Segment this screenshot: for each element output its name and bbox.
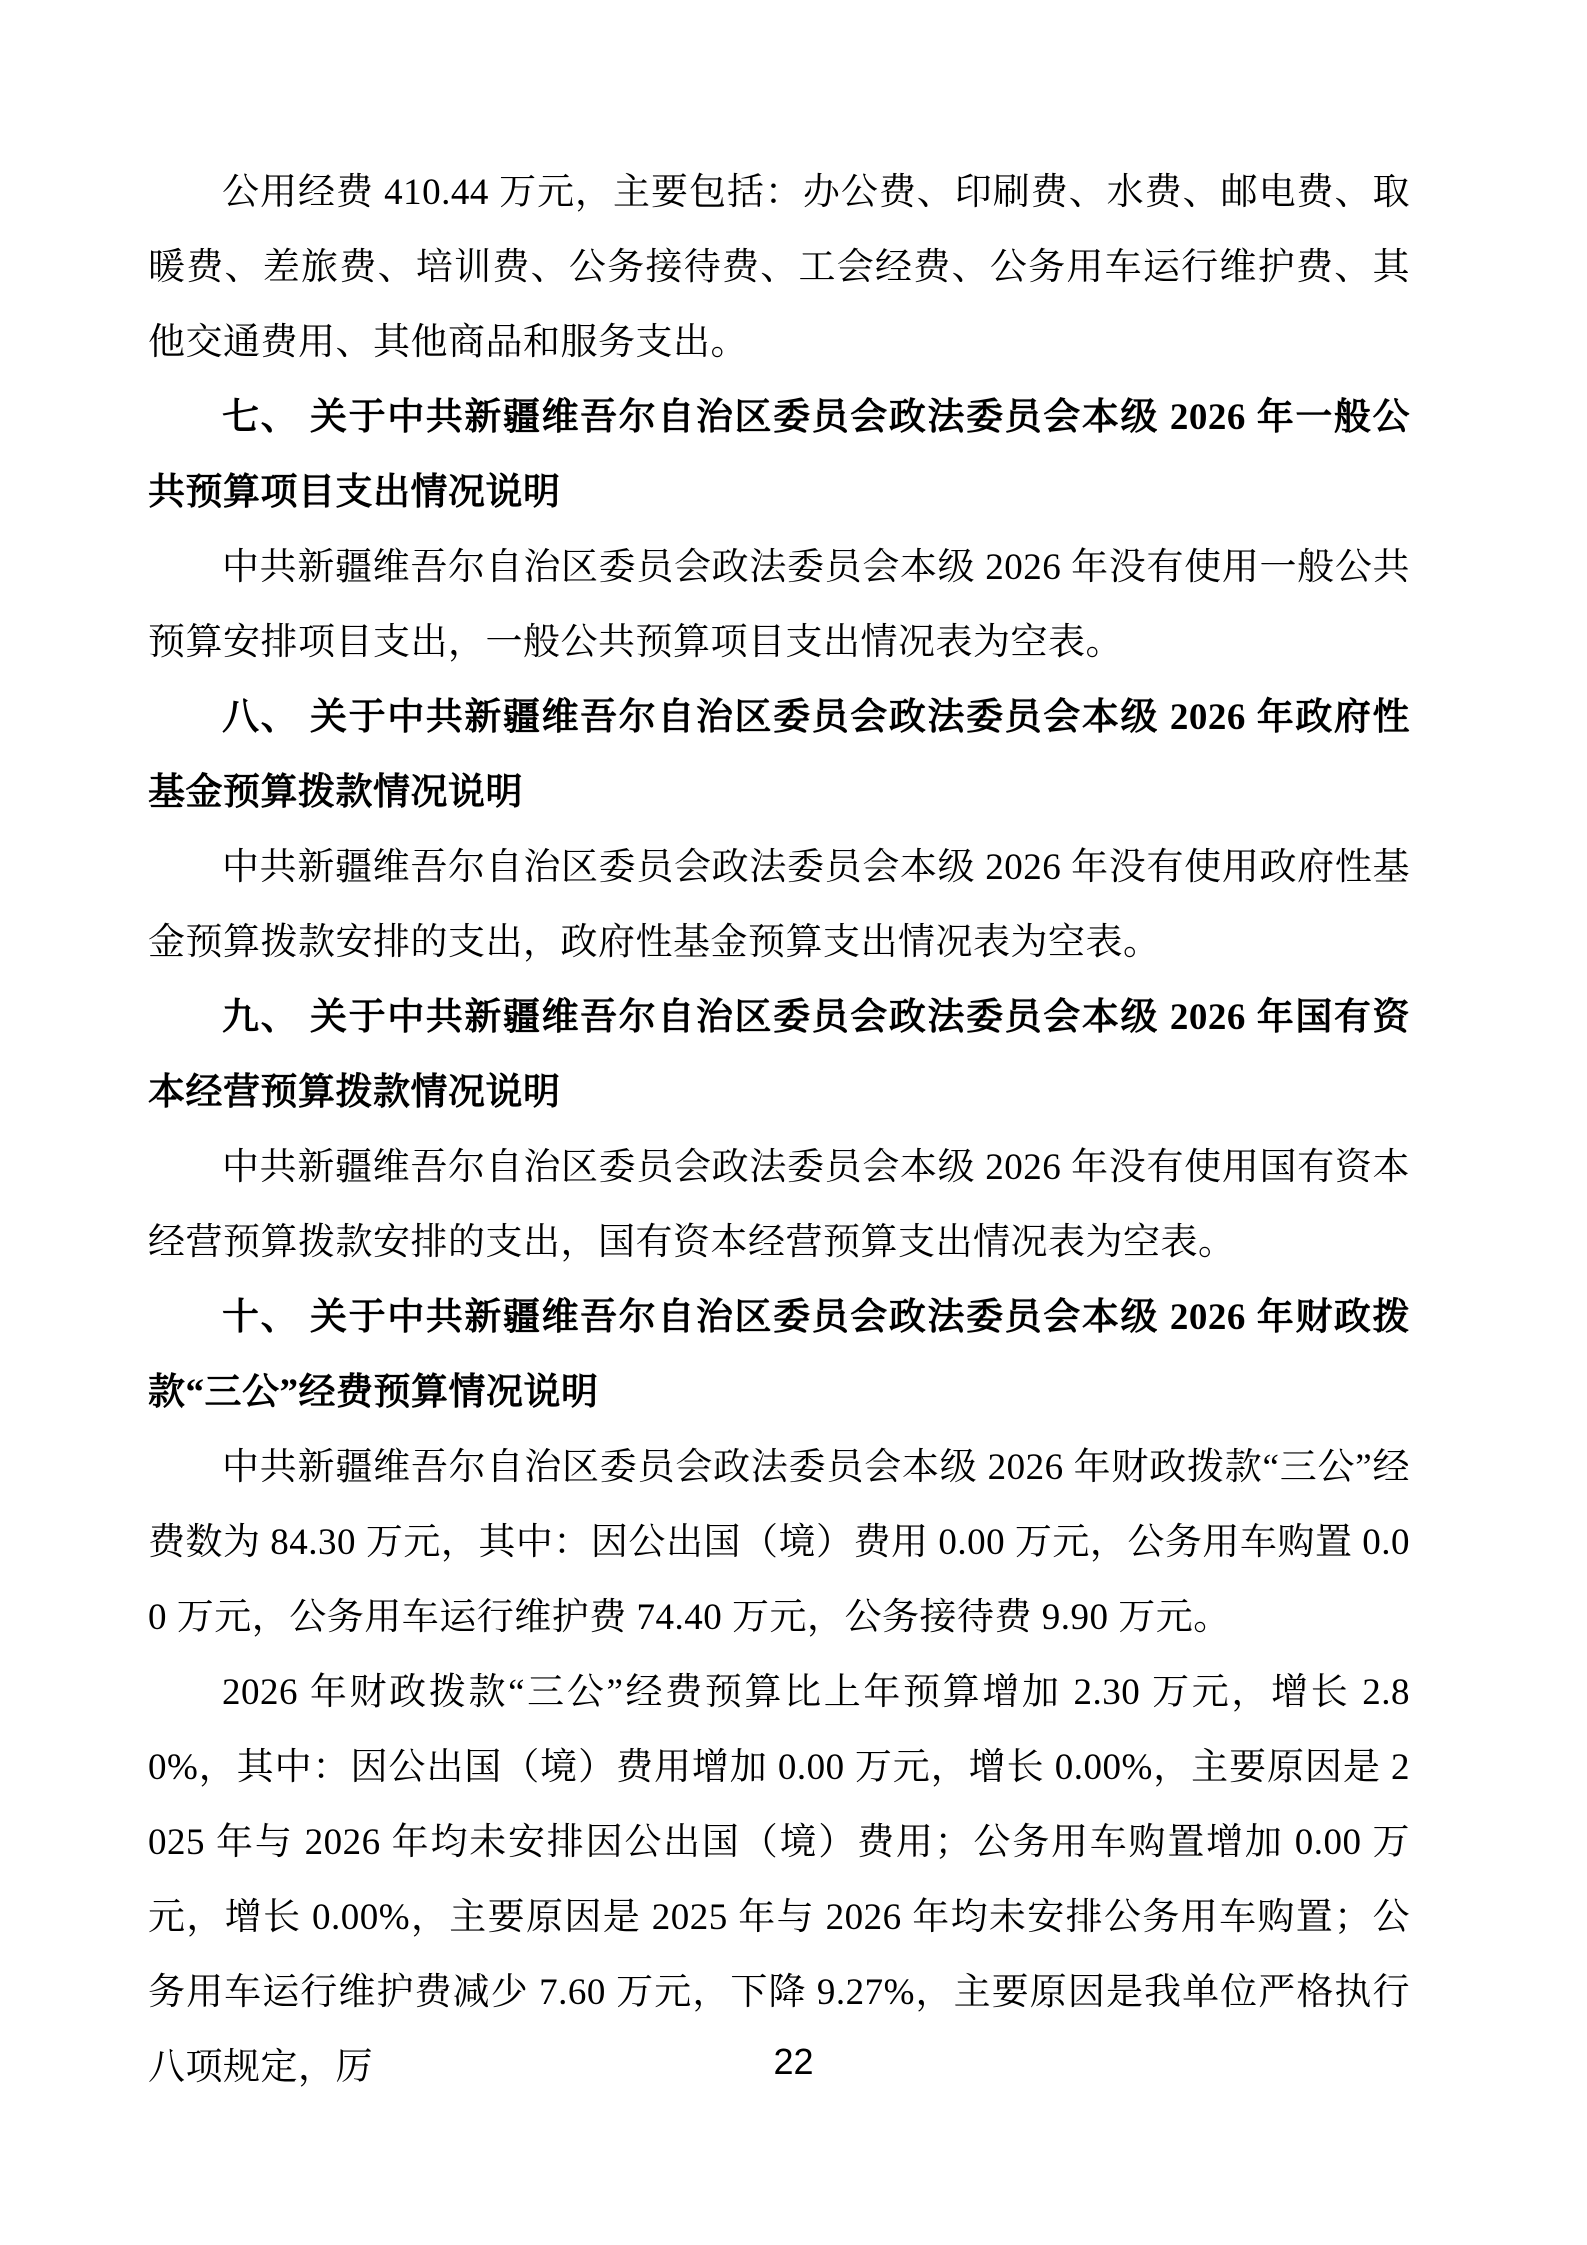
section-heading: 七、 关于中共新疆维吾尔自治区委员会政法委员会本级 2026 年一般公共预算项目… <box>148 380 1410 530</box>
section-heading: 十、 关于中共新疆维吾尔自治区委员会政法委员会本级 2026 年财政拨款“三公”… <box>148 1280 1410 1430</box>
paragraph: 中共新疆维吾尔自治区委员会政法委员会本级 2026 年没有使用国有资本经营预算拨… <box>148 1130 1410 1280</box>
section-heading: 八、 关于中共新疆维吾尔自治区委员会政法委员会本级 2026 年政府性基金预算拨… <box>148 680 1410 830</box>
paragraph: 2026 年财政拨款“三公”经费预算比上年预算增加 2.30 万元，增长 2.8… <box>148 1655 1410 2105</box>
section-heading: 九、 关于中共新疆维吾尔自治区委员会政法委员会本级 2026 年国有资本经营预算… <box>148 980 1410 1130</box>
paragraph: 中共新疆维吾尔自治区委员会政法委员会本级 2026 年没有使用一般公共预算安排项… <box>148 530 1410 680</box>
paragraph: 公用经费 410.44 万元，主要包括：办公费、印刷费、水费、邮电费、取暖费、差… <box>148 155 1410 380</box>
paragraph: 中共新疆维吾尔自治区委员会政法委员会本级 2026 年没有使用政府性基金预算拨款… <box>148 830 1410 980</box>
document-page: 公用经费 410.44 万元，主要包括：办公费、印刷费、水费、邮电费、取暖费、差… <box>0 0 1587 2245</box>
document-body: 公用经费 410.44 万元，主要包括：办公费、印刷费、水费、邮电费、取暖费、差… <box>148 155 1410 2105</box>
page-number: 22 <box>0 2040 1587 2084</box>
paragraph: 中共新疆维吾尔自治区委员会政法委员会本级 2026 年财政拨款“三公”经费数为 … <box>148 1430 1410 1655</box>
